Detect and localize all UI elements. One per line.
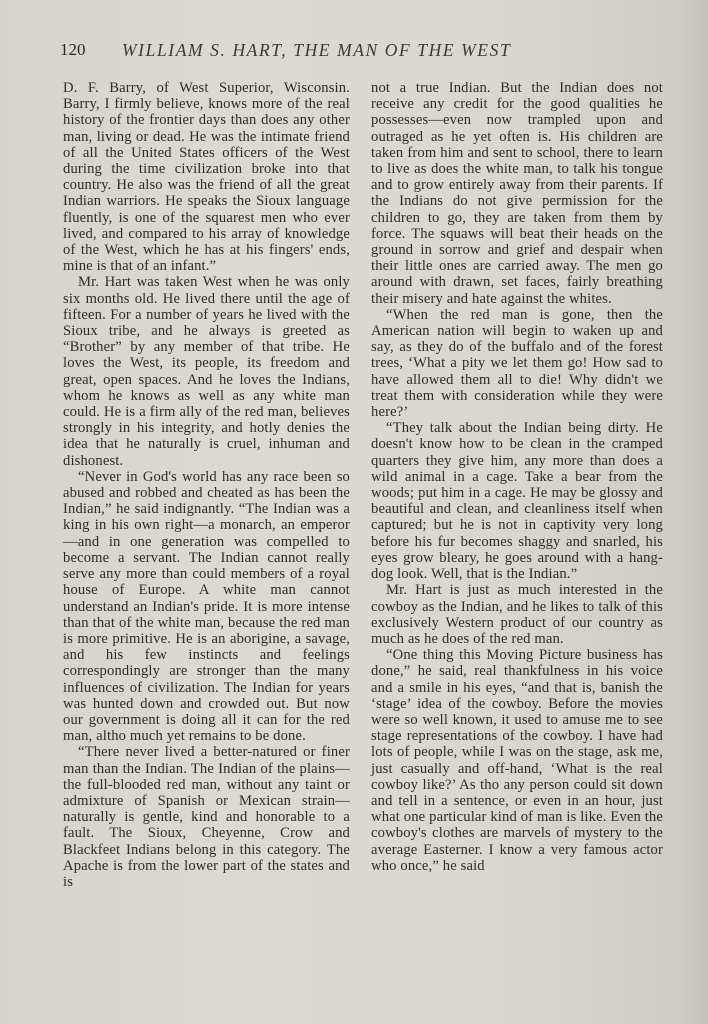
paragraph: “They talk about the Indian being dirty.…	[371, 420, 663, 582]
paragraph: “There never lived a better-natured or f…	[63, 744, 350, 890]
paragraph: “One thing this Moving Picture business …	[371, 647, 663, 874]
paragraph: Mr. Hart was taken West when he was only…	[63, 274, 350, 468]
paragraph: “Never in God's world has any race been …	[63, 469, 350, 744]
paragraph: D. F. Barry, of West Superior, Wisconsin…	[63, 80, 350, 274]
paragraph: “When the red man is gone, then the Amer…	[371, 307, 663, 420]
paragraph: not a true Indian. But the Indian does n…	[371, 80, 663, 307]
page-header: 120 WILLIAM S. HART, THE MAN OF THE WEST	[60, 40, 660, 62]
book-page: 120 WILLIAM S. HART, THE MAN OF THE WEST…	[0, 0, 708, 1024]
left-column: D. F. Barry, of West Superior, Wisconsin…	[63, 80, 350, 890]
paragraph: Mr. Hart is just as much interested in t…	[371, 582, 663, 647]
running-title: WILLIAM S. HART, THE MAN OF THE WEST	[122, 40, 511, 61]
right-column: not a true Indian. But the Indian does n…	[371, 80, 663, 874]
page-number: 120	[60, 40, 86, 60]
